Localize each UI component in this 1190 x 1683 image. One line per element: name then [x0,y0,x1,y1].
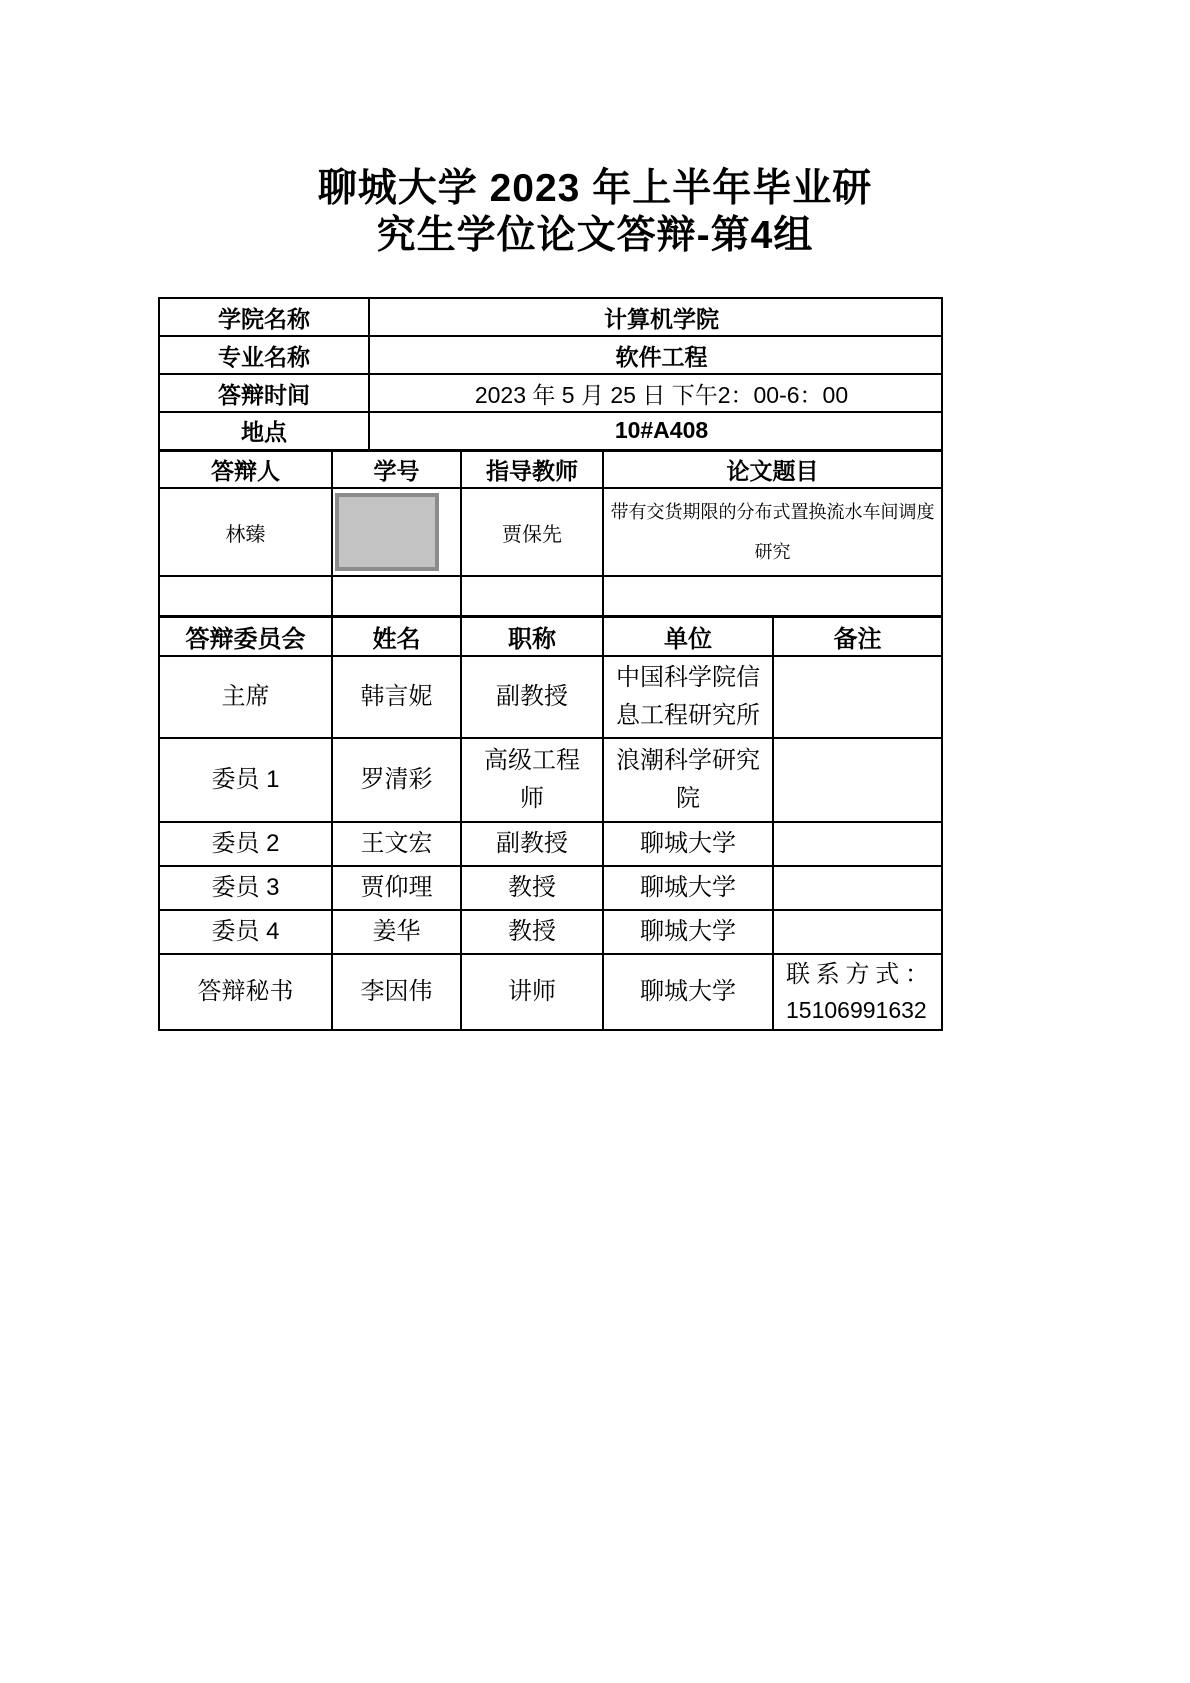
defender-header: 答辩人 [159,450,332,488]
remark-cell [773,822,942,866]
defender-header-row: 答辩人 学号 指导教师 论文题目 [159,450,942,488]
defense-info-table: 学院名称 计算机学院 专业名称 软件工程 答辩时间 2023 年 5 月 25 … [158,297,943,1031]
role-cell: 委员 2 [159,822,332,866]
committee-row-member1: 委员 1 罗清彩 高级工程师 浪潮科学研究院 [159,738,942,822]
role-cell: 主席 [159,656,332,738]
committee-row-member3: 委员 3 贾仰理 教授 聊城大学 [159,866,942,910]
major-value: 软件工程 [369,336,942,374]
committee-row-chair: 主席 韩言妮 副教授 中国科学院信息工程研究所 [159,656,942,738]
name-header: 姓名 [332,616,461,656]
name-cell: 韩言妮 [332,656,461,738]
role-cell: 答辩秘书 [159,954,332,1030]
name-cell: 贾仰理 [332,866,461,910]
name-cell: 李因伟 [332,954,461,1030]
advisor-header: 指导教师 [461,450,603,488]
role-cell: 委员 3 [159,866,332,910]
remark-header: 备注 [773,616,942,656]
title-header: 职称 [461,616,603,656]
committee-header-row: 答辩委员会 姓名 职称 单位 备注 [159,616,942,656]
location-label: 地点 [159,412,369,450]
empty-cell [159,576,332,616]
committee-row-secretary: 答辩秘书 李因伟 讲师 聊城大学 联系方式： 15106991632 [159,954,942,1030]
name-cell: 姜华 [332,910,461,954]
role-cell: 委员 1 [159,738,332,822]
info-row-major: 专业名称 软件工程 [159,336,942,374]
title-cell: 副教授 [461,822,603,866]
empty-cell [603,576,942,616]
empty-cell [332,576,461,616]
thesis-title-header: 论文题目 [603,450,942,488]
thesis-title: 带有交货期限的分布式置换流水车间调度研究 [603,488,942,576]
remark-cell [773,738,942,822]
contact-cell: 联系方式： 15106991632 [773,954,942,1030]
college-value: 计算机学院 [369,298,942,336]
location-value: 10#A408 [369,412,942,450]
name-cell: 王文宏 [332,822,461,866]
student-id-cell [332,488,461,576]
redaction-box [335,493,439,571]
page-title: 聊城大学 2023 年上半年毕业研 究生学位论文答辩-第4组 [0,165,1190,259]
advisor-name: 贾保先 [461,488,603,576]
name-cell: 罗清彩 [332,738,461,822]
unit-cell: 聊城大学 [603,866,773,910]
remark-cell [773,866,942,910]
page-title-line1: 聊城大学 2023 年上半年毕业研 [0,165,1190,212]
unit-cell: 聊城大学 [603,954,773,1030]
defender-name: 林臻 [159,488,332,576]
contact-phone: 15106991632 [786,993,929,1027]
college-label: 学院名称 [159,298,369,336]
title-cell: 教授 [461,910,603,954]
time-value: 2023 年 5 月 25 日 下午2：00-6：00 [369,374,942,412]
title-cell: 高级工程师 [461,738,603,822]
page-title-line2: 究生学位论文答辩-第4组 [0,212,1190,259]
info-row-location: 地点 10#A408 [159,412,942,450]
info-row-college: 学院名称 计算机学院 [159,298,942,336]
committee-header: 答辩委员会 [159,616,332,656]
committee-row-member2: 委员 2 王文宏 副教授 聊城大学 [159,822,942,866]
contact-label: 联系方式： [786,957,929,993]
time-label: 答辩时间 [159,374,369,412]
defender-row: 林臻 贾保先 带有交货期限的分布式置换流水车间调度研究 [159,488,942,576]
student-id-header: 学号 [332,450,461,488]
unit-cell: 浪潮科学研究院 [603,738,773,822]
unit-cell: 聊城大学 [603,822,773,866]
role-cell: 委员 4 [159,910,332,954]
title-cell: 教授 [461,866,603,910]
unit-cell: 中国科学院信息工程研究所 [603,656,773,738]
unit-cell: 聊城大学 [603,910,773,954]
unit-header: 单位 [603,616,773,656]
empty-row [159,576,942,616]
remark-cell [773,656,942,738]
major-label: 专业名称 [159,336,369,374]
info-row-time: 答辩时间 2023 年 5 月 25 日 下午2：00-6：00 [159,374,942,412]
committee-row-member4: 委员 4 姜华 教授 聊城大学 [159,910,942,954]
remark-cell [773,910,942,954]
title-cell: 副教授 [461,656,603,738]
empty-cell [461,576,603,616]
title-cell: 讲师 [461,954,603,1030]
